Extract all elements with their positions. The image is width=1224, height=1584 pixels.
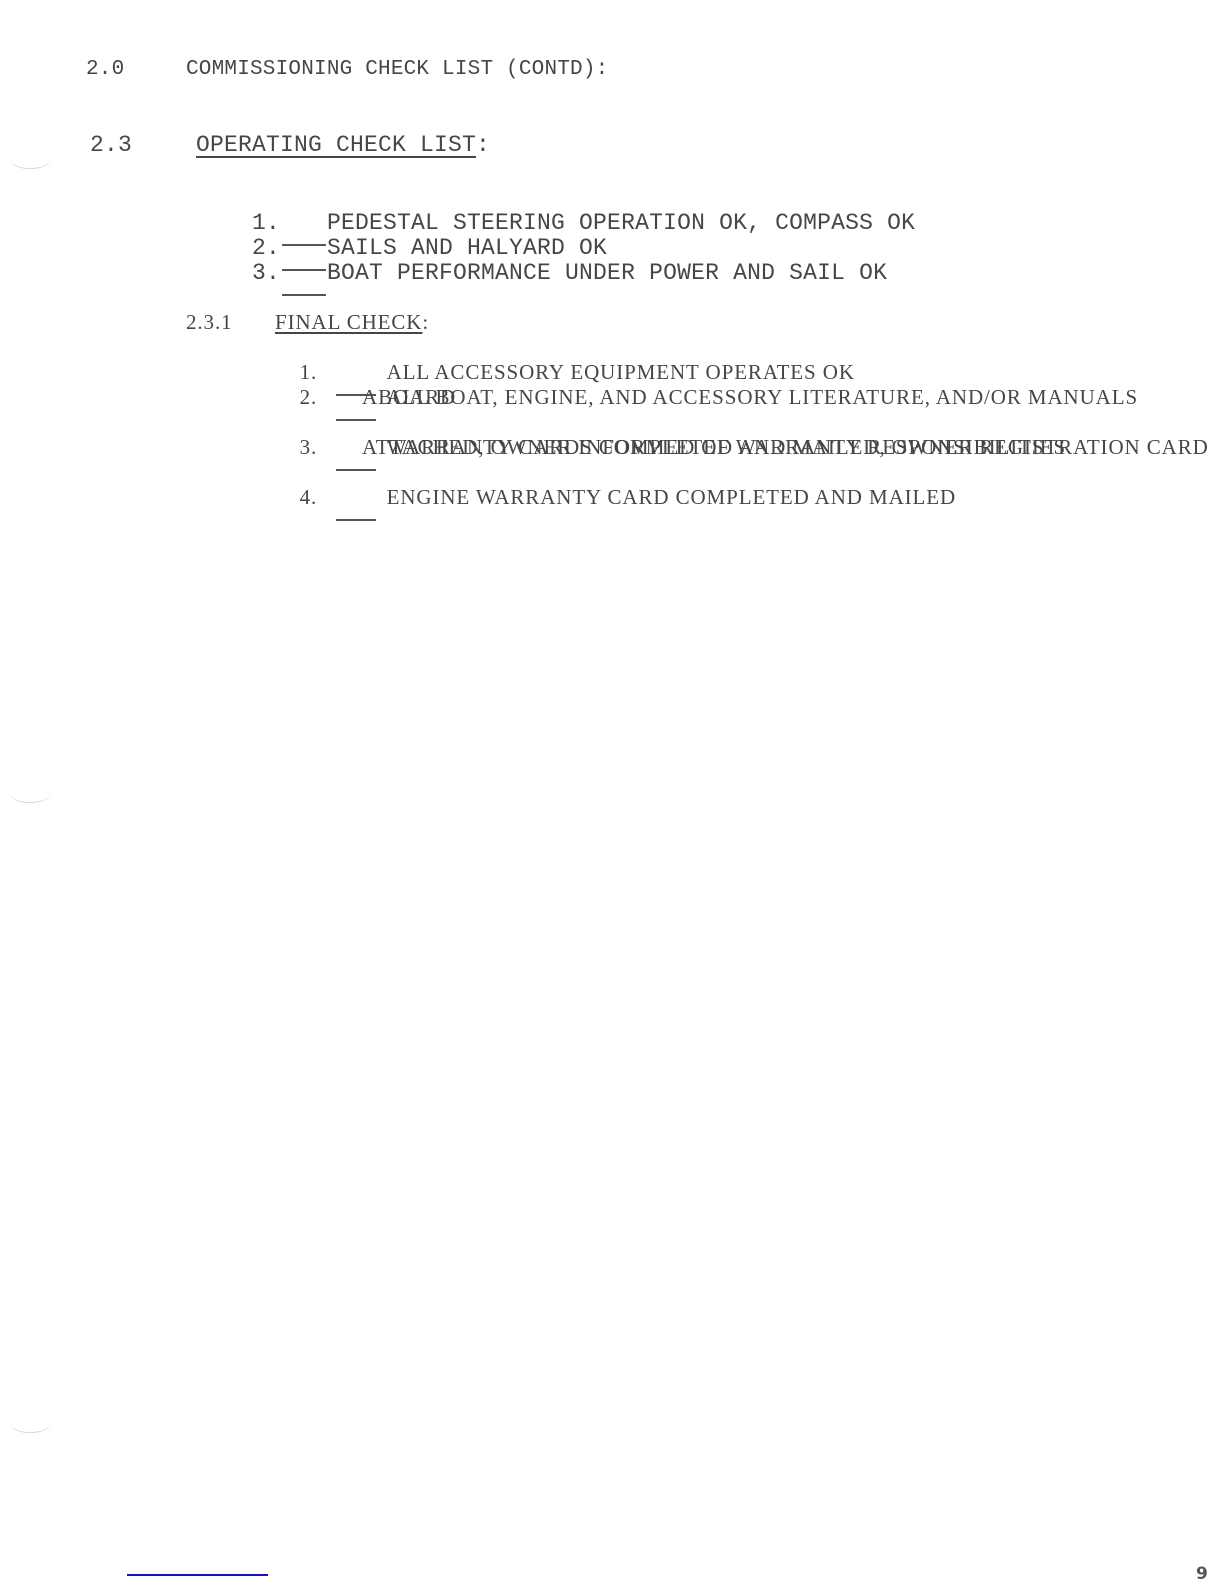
checkbox-blank[interactable] — [336, 494, 376, 521]
operating-check-item: 1.PEDESTAL STEERING OPERATION OK, COMPAS… — [196, 186, 915, 211]
item-label: BOAT PERFORMANCE UNDER POWER AND SAIL OK — [327, 261, 887, 286]
item-number: 3. — [300, 435, 336, 460]
punch-hole-mark-middle — [10, 784, 50, 803]
footer-accent-line — [127, 1574, 268, 1576]
section-title-colon: : — [476, 132, 490, 158]
operating-check-item: 2.SAILS AND HALYARD OK — [196, 211, 607, 236]
item-number: 2. — [300, 385, 336, 410]
page-number: 9 — [1196, 1564, 1208, 1584]
section-number-final: 2.3.1 — [186, 310, 233, 335]
section-title-operating: OPERATING CHECK LIST — [196, 132, 476, 158]
punch-hole-mark-bottom — [10, 1414, 50, 1433]
item-label: ALL BOAT, ENGINE, AND ACCESSORY LITERATU… — [387, 385, 1138, 410]
checkbox-blank[interactable] — [282, 269, 326, 296]
section-number-main: 2.0 — [86, 58, 124, 81]
item-label: ENGINE WARRANTY CARD COMPLETED AND MAILE… — [387, 485, 956, 510]
operating-check-item: 3.BOAT PERFORMANCE UNDER POWER AND SAIL … — [196, 236, 887, 261]
punch-hole-mark-top — [10, 150, 50, 169]
item-label-continuation: ATTACHED, OWNER INFORMED OF WARRANTY RES… — [362, 435, 1066, 460]
section-title-colon: : — [422, 310, 429, 334]
final-check-item: 4.ENGINE WARRANTY CARD COMPLETED AND MAI… — [275, 460, 956, 537]
item-number: 4. — [300, 485, 336, 510]
document-page: 2.0 COMMISSIONING CHECK LIST (CONTD): 2.… — [0, 0, 1224, 1584]
item-label-continuation: ABOARD — [362, 385, 456, 410]
section-heading-final: FINAL CHECK: — [275, 310, 429, 335]
section-title-final: FINAL CHECK — [275, 310, 422, 334]
section-title-main: COMMISSIONING CHECK LIST (CONTD): — [186, 58, 608, 81]
item-number: 3. — [252, 261, 282, 286]
section-number-operating: 2.3 — [90, 132, 132, 158]
section-heading-operating: OPERATING CHECK LIST: — [196, 132, 490, 158]
